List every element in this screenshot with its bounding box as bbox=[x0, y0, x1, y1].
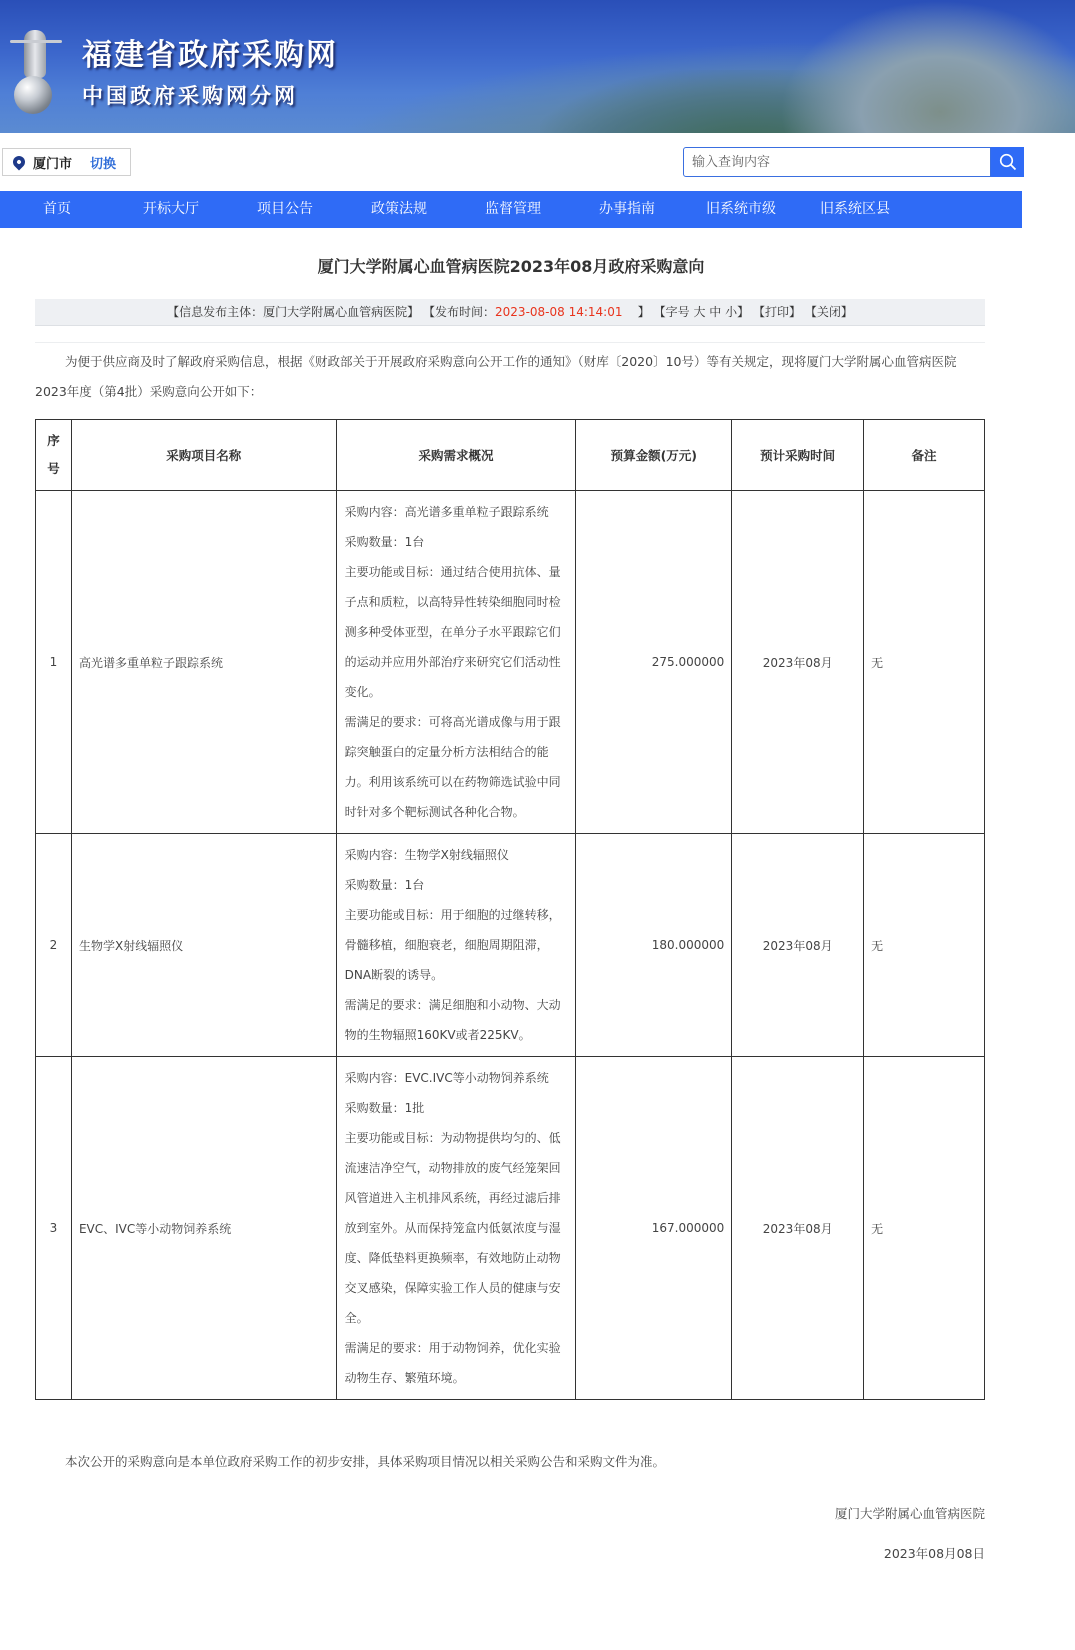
page-title: 厦门大学附属心血管病医院2023年08月政府采购意向 bbox=[0, 255, 1022, 279]
row-demand: 采购内容：生物学X射线辐照仪 采购数量：1台 主要功能或目标：用于细胞的过继转移… bbox=[336, 834, 576, 1057]
row-project-name: EVC、IVC等小动物饲养系统 bbox=[71, 1057, 336, 1400]
row-expected-time: 2023年08月 bbox=[732, 834, 864, 1057]
font-size-prefix: 【字号 bbox=[654, 305, 690, 319]
publish-time: 2023-08-08 14:14:01 bbox=[495, 305, 622, 319]
demand-quantity: 采购数量：1台 bbox=[345, 527, 568, 557]
demand-requirement: 需满足的要求：满足细胞和小动物、大动物的生物辐照160KV或者225KV。 bbox=[345, 990, 568, 1050]
nav-policies[interactable]: 政策法规 bbox=[342, 191, 456, 228]
publisher: 厦门大学附属心血管病医院 bbox=[263, 305, 407, 319]
row-seq: 1 bbox=[36, 491, 72, 834]
nav-supervision[interactable]: 监督管理 bbox=[456, 191, 570, 228]
search-button[interactable] bbox=[991, 147, 1024, 177]
main-nav: 首页 开标大厅 项目公告 政策法规 监督管理 办事指南 旧系统市级 旧系统区县 bbox=[0, 191, 1022, 228]
demand-quantity: 采购数量：1台 bbox=[345, 870, 568, 900]
row-demand: 采购内容：EVC.IVC等小动物饲养系统 采购数量：1批 主要功能或目标：为动物… bbox=[336, 1057, 576, 1400]
row-remark: 无 bbox=[864, 834, 985, 1057]
demand-content: 采购内容：生物学X射线辐照仪 bbox=[345, 840, 568, 870]
header-budget: 预算金额(万元) bbox=[576, 420, 732, 491]
row-budget: 275.000000 bbox=[576, 491, 732, 834]
row-expected-time: 2023年08月 bbox=[732, 491, 864, 834]
nav-guide[interactable]: 办事指南 bbox=[570, 191, 684, 228]
time-suffix: 】 bbox=[638, 305, 650, 319]
city-selector: 厦门市 切换 bbox=[2, 148, 131, 176]
closing-notice: 本次公开的采购意向是本单位政府采购工作的初步安排，具体采购项目情况以相关采购公告… bbox=[65, 1452, 1022, 1470]
header-demand-overview: 采购需求概况 bbox=[336, 420, 576, 491]
header-seq: 序号 bbox=[36, 420, 72, 491]
banner-peak bbox=[780, 0, 1075, 133]
row-demand: 采购内容：高光谱多重单粒子跟踪系统 采购数量：1台 主要功能或目标：通过结合使用… bbox=[336, 491, 576, 834]
nav-project-notices[interactable]: 项目公告 bbox=[228, 191, 342, 228]
font-large-link[interactable]: 大 bbox=[693, 305, 705, 319]
font-medium-link[interactable]: 中 bbox=[709, 305, 721, 319]
header-remark: 备注 bbox=[864, 420, 985, 491]
table-row: 2 生物学X射线辐照仪 采购内容：生物学X射线辐照仪 采购数量：1台 主要功能或… bbox=[36, 834, 985, 1057]
print-link[interactable]: 【打印】 bbox=[753, 305, 801, 319]
site-subtitle: 中国政府采购网分网 bbox=[82, 80, 298, 110]
article-meta-bar: 【信息发布主体：厦门大学附属心血管病医院】 【发布时间：2023-08-08 1… bbox=[35, 299, 985, 326]
top-bar: 厦门市 切换 bbox=[0, 133, 1075, 191]
current-city: 厦门市 bbox=[33, 153, 72, 172]
demand-content: 采购内容：EVC.IVC等小动物饲养系统 bbox=[345, 1063, 568, 1093]
demand-content: 采购内容：高光谱多重单粒子跟踪系统 bbox=[345, 497, 568, 527]
row-budget: 180.000000 bbox=[576, 834, 732, 1057]
justice-scale-globe-logo-icon bbox=[8, 22, 54, 114]
search-box bbox=[683, 147, 1024, 177]
close-link[interactable]: 【关闭】 bbox=[805, 305, 853, 319]
demand-function: 主要功能或目标：通过结合使用抗体、量子点和质粒，以高特异性转染细胞同时检测多种受… bbox=[345, 557, 568, 707]
header-expected-time: 预计采购时间 bbox=[732, 420, 864, 491]
row-expected-time: 2023年08月 bbox=[732, 1057, 864, 1400]
row-project-name: 高光谱多重单粒子跟踪系统 bbox=[71, 491, 336, 834]
nav-old-county-system[interactable]: 旧系统区县 bbox=[798, 191, 912, 228]
demand-function: 主要功能或目标：为动物提供均匀的、低流速洁净空气，动物排放的废气经笼架回风管道进… bbox=[345, 1123, 568, 1333]
demand-requirement: 需满足的要求：可将高光谱成像与用于跟踪突触蛋白的定量分析方法相结合的能力。利用该… bbox=[345, 707, 568, 827]
intro-paragraph: 为便于供应商及时了解政府采购信息，根据《财政部关于开展政府采购意向公开工作的通知… bbox=[35, 347, 985, 407]
signature-date: 2023年08月08日 bbox=[0, 1544, 985, 1562]
demand-requirement: 需满足的要求：用于动物饲养，优化实验动物生存、繁殖环境。 bbox=[345, 1333, 568, 1393]
procurement-table: 序号 采购项目名称 采购需求概况 预算金额(万元) 预计采购时间 备注 1 高光… bbox=[35, 419, 985, 1400]
table-header-row: 序号 采购项目名称 采购需求概况 预算金额(万元) 预计采购时间 备注 bbox=[36, 420, 985, 491]
row-project-name: 生物学X射线辐照仪 bbox=[71, 834, 336, 1057]
publisher-suffix: 】 bbox=[407, 305, 419, 319]
site-banner: 福建省政府采购网 中国政府采购网分网 bbox=[0, 0, 1075, 133]
table-row: 1 高光谱多重单粒子跟踪系统 采购内容：高光谱多重单粒子跟踪系统 采购数量：1台… bbox=[36, 491, 985, 834]
nav-old-city-system[interactable]: 旧系统市级 bbox=[684, 191, 798, 228]
header-project-name: 采购项目名称 bbox=[71, 420, 336, 491]
search-icon bbox=[999, 153, 1017, 171]
font-size-suffix: 】 bbox=[737, 305, 749, 319]
article: 厦门大学附属心血管病医院2023年08月政府采购意向 【信息发布主体：厦门大学附… bbox=[0, 255, 1022, 1562]
site-title: 福建省政府采购网 bbox=[82, 30, 338, 74]
demand-function: 主要功能或目标：用于细胞的过继转移，骨髓移植，细胞衰老，细胞周期阻滞，DNA断裂… bbox=[345, 900, 568, 990]
row-remark: 无 bbox=[864, 491, 985, 834]
nav-bid-hall[interactable]: 开标大厅 bbox=[114, 191, 228, 228]
row-seq: 2 bbox=[36, 834, 72, 1057]
row-budget: 167.000000 bbox=[576, 1057, 732, 1400]
publisher-prefix: 【信息发布主体： bbox=[167, 305, 263, 319]
nav-home[interactable]: 首页 bbox=[0, 191, 114, 228]
font-small-link[interactable]: 小 bbox=[725, 305, 737, 319]
table-row: 3 EVC、IVC等小动物饲养系统 采购内容：EVC.IVC等小动物饲养系统 采… bbox=[36, 1057, 985, 1400]
signature: 厦门大学附属心血管病医院 bbox=[0, 1504, 985, 1522]
row-remark: 无 bbox=[864, 1057, 985, 1400]
row-seq: 3 bbox=[36, 1057, 72, 1400]
switch-city-link[interactable]: 切换 bbox=[90, 153, 116, 172]
location-pin-icon bbox=[11, 154, 28, 171]
divider bbox=[35, 342, 985, 343]
demand-quantity: 采购数量：1批 bbox=[345, 1093, 568, 1123]
search-input[interactable] bbox=[683, 147, 991, 177]
time-prefix: 【发布时间： bbox=[423, 305, 495, 319]
